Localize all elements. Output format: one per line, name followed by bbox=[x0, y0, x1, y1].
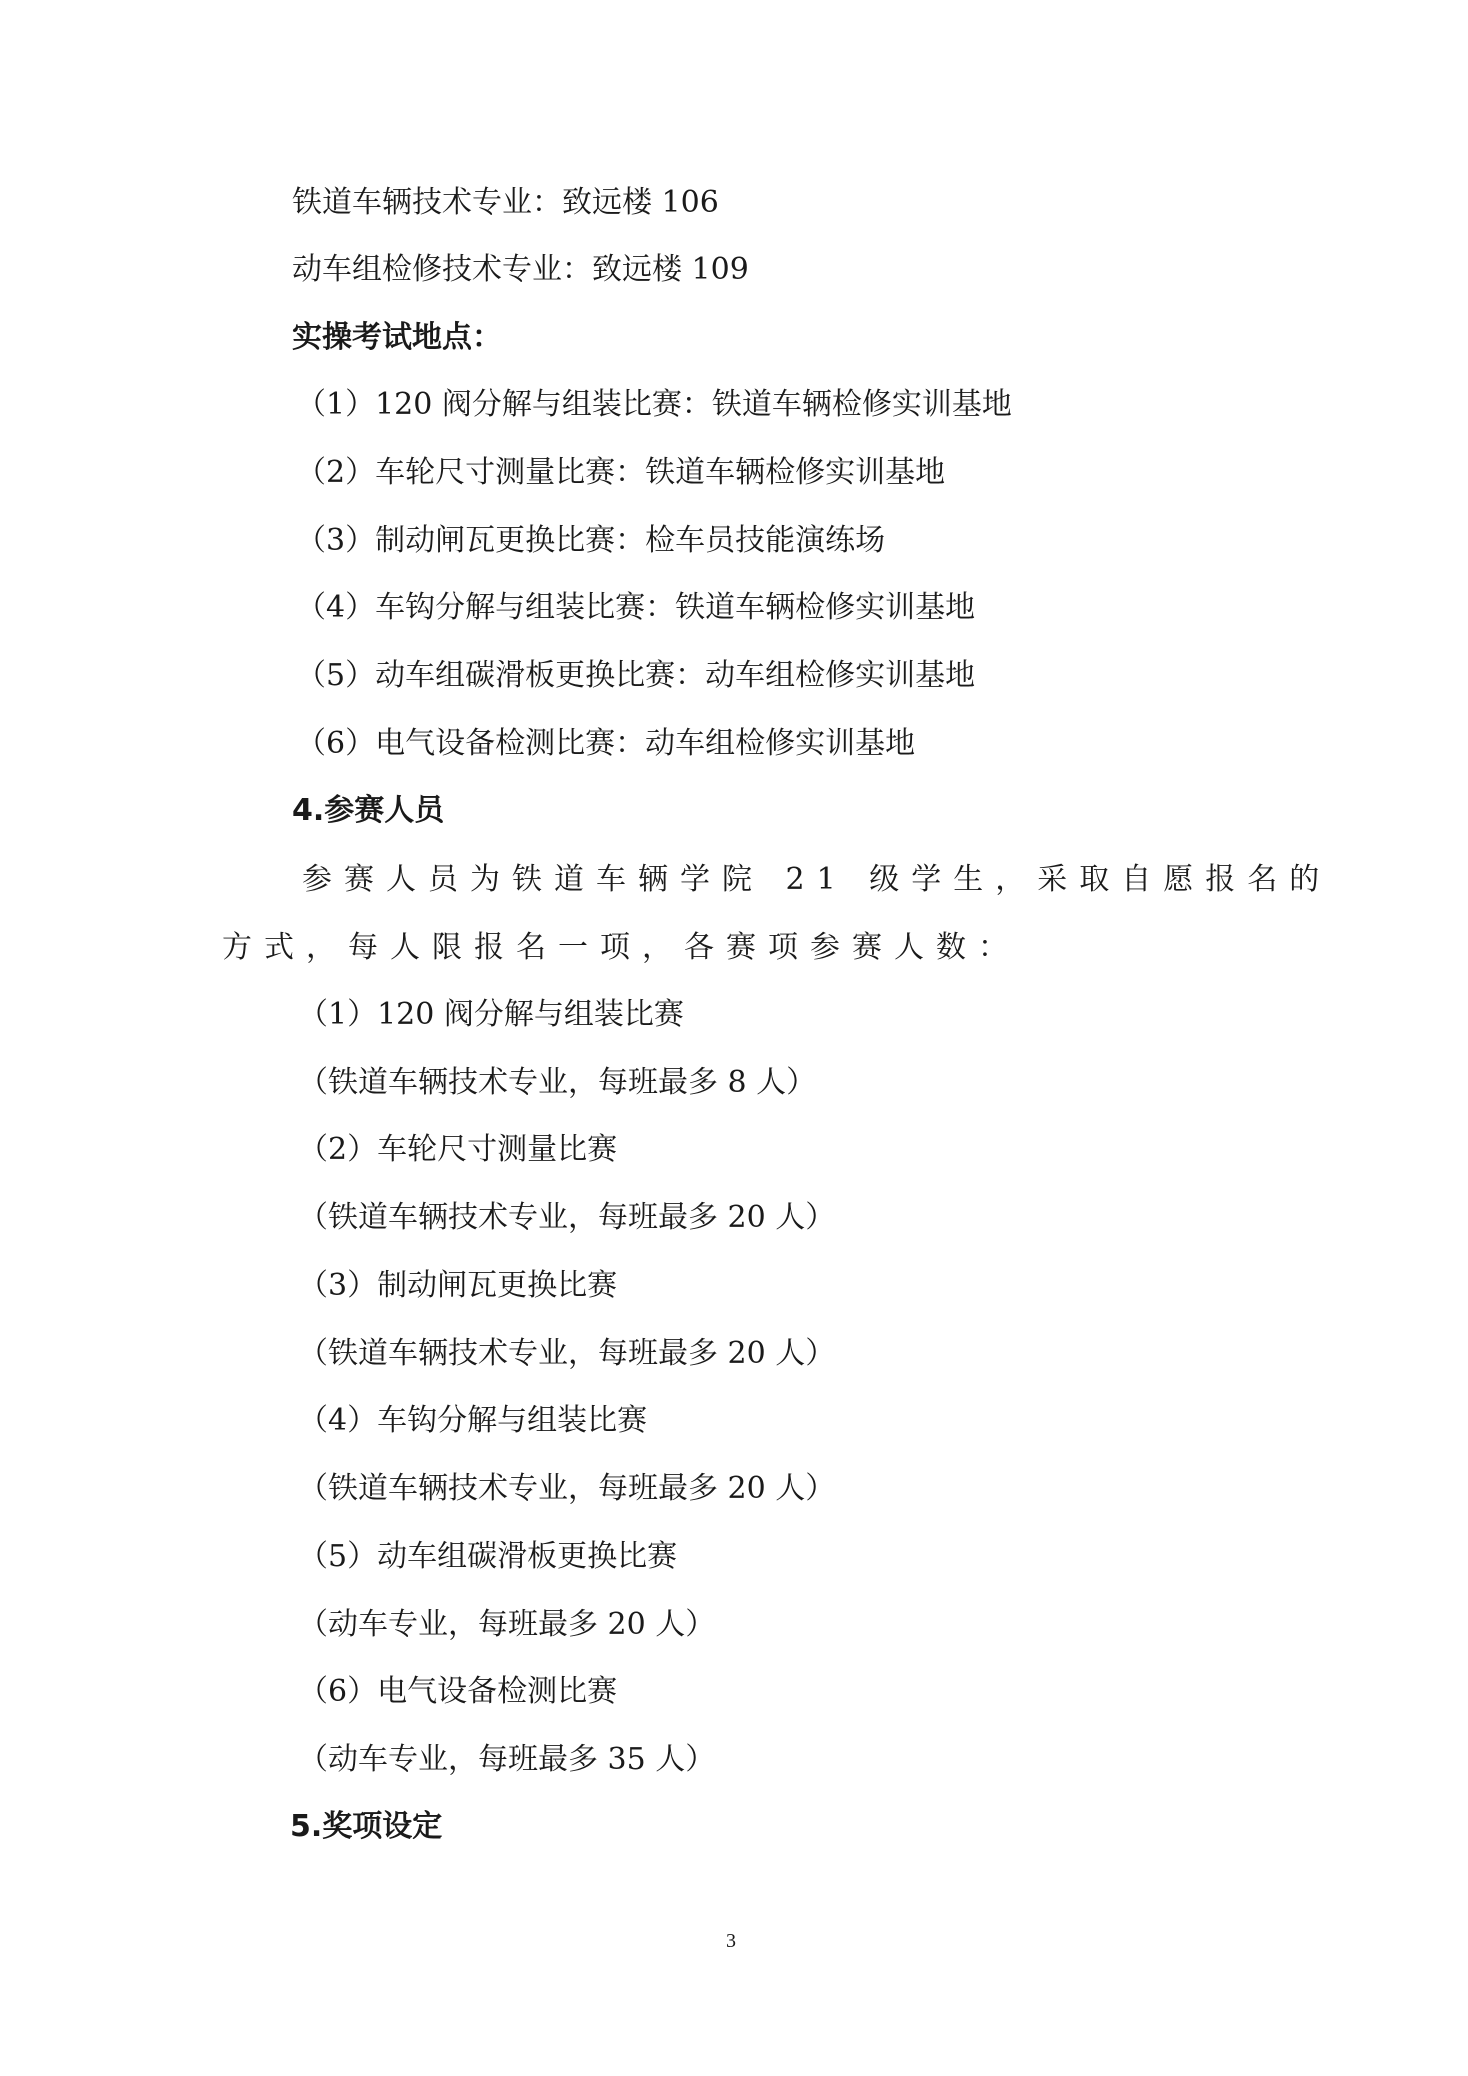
event-name: （3）制动闸瓦更换比赛 bbox=[298, 1266, 617, 1306]
practical-location-item: （1）120 阀分解与组装比赛：铁道车辆检修实训基地 bbox=[296, 385, 1012, 425]
section-4-heading: 4.参赛人员 bbox=[292, 791, 444, 831]
document-page: 铁道车辆技术专业：致远楼 106 动车组检修技术专业：致远楼 109 实操考试地… bbox=[0, 0, 1468, 2076]
event-quota: （铁道车辆技术专业，每班最多 20 人） bbox=[298, 1469, 835, 1509]
practical-location-item: （4）车钩分解与组装比赛：铁道车辆检修实训基地 bbox=[296, 588, 975, 628]
event-quota: （铁道车辆技术专业，每班最多 20 人） bbox=[298, 1198, 835, 1238]
event-quota: （铁道车辆技术专业，每班最多 20 人） bbox=[298, 1334, 835, 1374]
event-name: （6）电气设备检测比赛 bbox=[298, 1672, 617, 1712]
event-name: （5）动车组碳滑板更换比赛 bbox=[298, 1537, 677, 1577]
event-name: （2）车轮尺寸测量比赛 bbox=[298, 1130, 617, 1170]
section-5-heading: 5.奖项设定 bbox=[290, 1807, 442, 1847]
event-quota: （铁道车辆技术专业，每班最多 8 人） bbox=[298, 1063, 816, 1103]
practical-location-item: （6）电气设备检测比赛：动车组检修实训基地 bbox=[296, 724, 915, 764]
event-quota: （动车专业，每班最多 20 人） bbox=[298, 1605, 715, 1645]
practical-location-heading: 实操考试地点： bbox=[292, 318, 502, 358]
exam-room-line: 动车组检修技术专业：致远楼 109 bbox=[292, 250, 749, 290]
event-name: （1）120 阀分解与组装比赛 bbox=[298, 995, 684, 1035]
event-name: （4）车钩分解与组装比赛 bbox=[298, 1401, 647, 1441]
page-number: 3 bbox=[726, 1930, 736, 1953]
practical-location-item: （3）制动闸瓦更换比赛：检车员技能演练场 bbox=[296, 521, 885, 561]
practical-location-item: （5）动车组碳滑板更换比赛：动车组检修实训基地 bbox=[296, 656, 975, 696]
exam-room-line: 铁道车辆技术专业：致远楼 106 bbox=[292, 183, 719, 223]
practical-location-item: （2）车轮尺寸测量比赛：铁道车辆检修实训基地 bbox=[296, 453, 945, 493]
section-4-paragraph-line-2: 方式，每人限报名一项，各赛项参赛人数： bbox=[222, 928, 1020, 968]
event-quota: （动车专业，每班最多 35 人） bbox=[298, 1740, 715, 1780]
section-4-paragraph-line-1: 参赛人员为铁道车辆学院 21 级学生，采取自愿报名的 bbox=[302, 860, 1331, 900]
